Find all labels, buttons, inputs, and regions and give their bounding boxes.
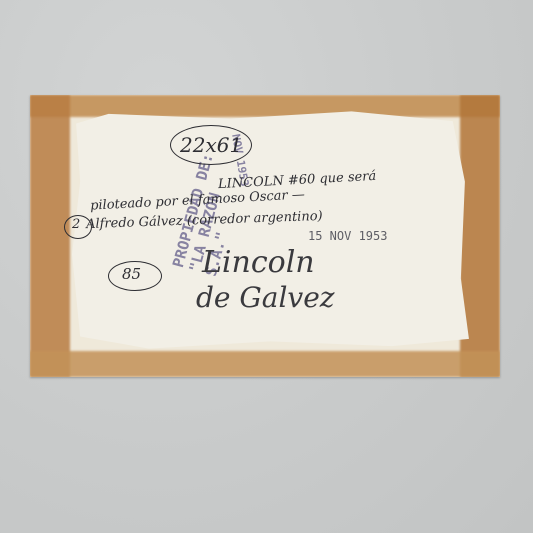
circled-number-small: 2 <box>72 217 80 232</box>
circled-number-large: 85 <box>122 265 141 283</box>
stain-bottom <box>30 351 500 377</box>
stain-top <box>30 95 500 117</box>
signature-line-1: Lincoln <box>202 245 315 280</box>
circled-code: 22x61 <box>180 133 242 157</box>
photo-card-back: PROPIEDAD DE: "LA RAZÓN S.A." NOV 1953 2… <box>30 95 500 377</box>
date-stamp: 15 NOV 1953 <box>308 229 387 243</box>
stain-left <box>30 95 70 377</box>
signature-line-2: de Galvez <box>196 281 335 314</box>
